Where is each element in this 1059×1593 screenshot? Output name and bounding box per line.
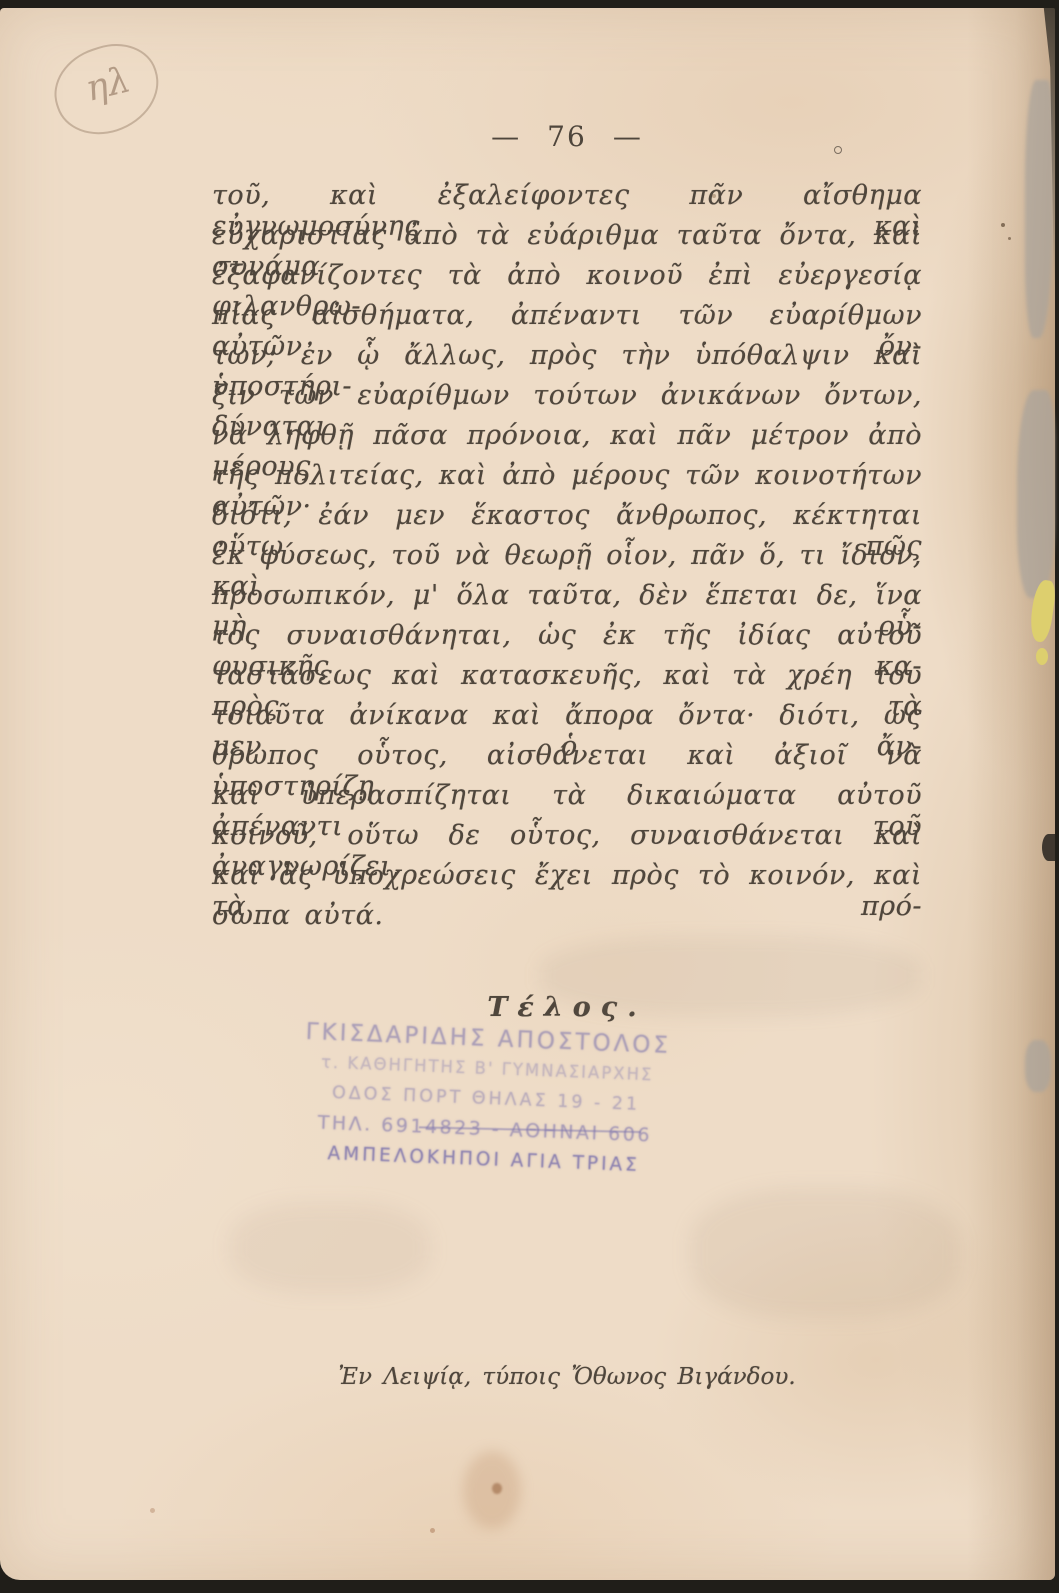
body-line: πίας αἰσθήματα, ἀπέναντι τῶν εὐαρίθμων α… bbox=[212, 300, 922, 340]
body-line: τοιαῦτα ἀνίκανα καὶ ἄπορα ὄντα· διότι, ὡ… bbox=[212, 700, 922, 740]
body-line: προσωπικόν, μ' ὅλα ταῦτα, δὲν ἕπεται δε,… bbox=[212, 580, 922, 620]
body-line: ταστάσεως καὶ κατασκευῆς, καὶ τὰ χρέη το… bbox=[212, 660, 922, 700]
printed-ring-mark bbox=[834, 146, 842, 154]
yellow-tape-spot bbox=[1036, 648, 1048, 665]
page-number: 76 bbox=[521, 120, 613, 153]
stain bbox=[492, 1483, 502, 1494]
show-through-smudge bbox=[690, 1188, 960, 1318]
body-line: ξιν τῶν εὐαρίθμων τούτων ἀνικάνων ὄντων,… bbox=[212, 380, 922, 420]
body-line: κοινοῦ, οὕτω δε οὗτος, συναισθάνεται καὶ… bbox=[212, 820, 922, 860]
show-through-smudge bbox=[540, 936, 920, 1016]
body-line: καὶ ὑπερασπίζηται τὰ δικαιώματα αὐτοῦ ἀπ… bbox=[212, 780, 922, 820]
body-line: ἐξαφανίζοντες τὰ ἀπὸ κοινοῦ ἐπὶ εὐεργεσί… bbox=[212, 260, 922, 300]
body-line: θρωπος οὗτος, αἰσθάνεται καὶ ἀξιοῖ νὰ ὑπ… bbox=[212, 740, 922, 780]
printer-imprint: Ἐν Λειψίᾳ, τύποις Ὄθωνος Βιγάνδου. bbox=[212, 1364, 922, 1390]
tape-remnant bbox=[1025, 1040, 1051, 1092]
body-line: εὐχαριστίας ἀπὸ τὰ εὐάριθμα ταῦτα ὄντα, … bbox=[212, 220, 922, 260]
stain bbox=[150, 1508, 155, 1513]
body-paragraph: τοῦ, καὶ ἐξαλείφοντες πᾶν αἴσθημα εὐγνωμ… bbox=[212, 180, 922, 940]
body-line: καὶ ἃς ὑποχρεώσεις ἔχει πρὸς τὸ κοινόν, … bbox=[212, 860, 922, 900]
tape-remnant bbox=[1025, 80, 1053, 338]
body-line: ἐκ φύσεως, τοῦ νὰ θεωρῇ οἷον, πᾶν ὅ, τι … bbox=[212, 540, 922, 580]
page-number-header: —76— bbox=[212, 120, 922, 153]
stain bbox=[430, 1528, 435, 1533]
pencil-circled-mark: ηλ bbox=[42, 31, 176, 150]
body-line: των; ἐν ᾧ ἄλλως, πρὸς τὴν ὑπόθαλψιν καὶ … bbox=[212, 340, 922, 380]
header-dash-left: — bbox=[491, 120, 521, 153]
show-through-smudge bbox=[230, 1203, 430, 1293]
stain bbox=[712, 194, 716, 198]
stain bbox=[1001, 223, 1005, 227]
body-line: τοῦ, καὶ ἐξαλείφοντες πᾶν αἴσθημα εὐγνωμ… bbox=[212, 180, 922, 220]
book-page: ηλ —76— τοῦ, καὶ ἐξαλείφοντες πᾶν αἴσθημ… bbox=[0, 8, 1055, 1580]
body-line: νὰ ληφθῇ πᾶσα πρόνοια, καὶ πᾶν μέτρον ἀπ… bbox=[212, 420, 922, 460]
edge-notch bbox=[1042, 834, 1055, 861]
body-line: τος συναισθάνηται, ὡς ἐκ τῆς ἰδίας αὐτοῦ… bbox=[212, 620, 922, 660]
body-line: διότι, ἐάν μεν ἕκαστος ἄνθρωπος, κέκτητα… bbox=[212, 500, 922, 540]
tape-remnant bbox=[1017, 390, 1055, 598]
body-line: τῆς πολιτείας, καὶ ἀπὸ μέρους τῶν κοινοτ… bbox=[212, 460, 922, 500]
ownership-stamp: ΓΚΙΣΔΑΡΙΔΗΣ ΑΠΟΣΤΟΛΟΣ τ. ΚΑΘΗΓΗΤΗΣ Β' ΓΥ… bbox=[253, 1015, 718, 1185]
stain bbox=[1008, 237, 1011, 240]
scanned-book-page-background: { "page_header": { "left_dash": "—", "nu… bbox=[0, 0, 1059, 1593]
header-dash-right: — bbox=[613, 120, 643, 153]
